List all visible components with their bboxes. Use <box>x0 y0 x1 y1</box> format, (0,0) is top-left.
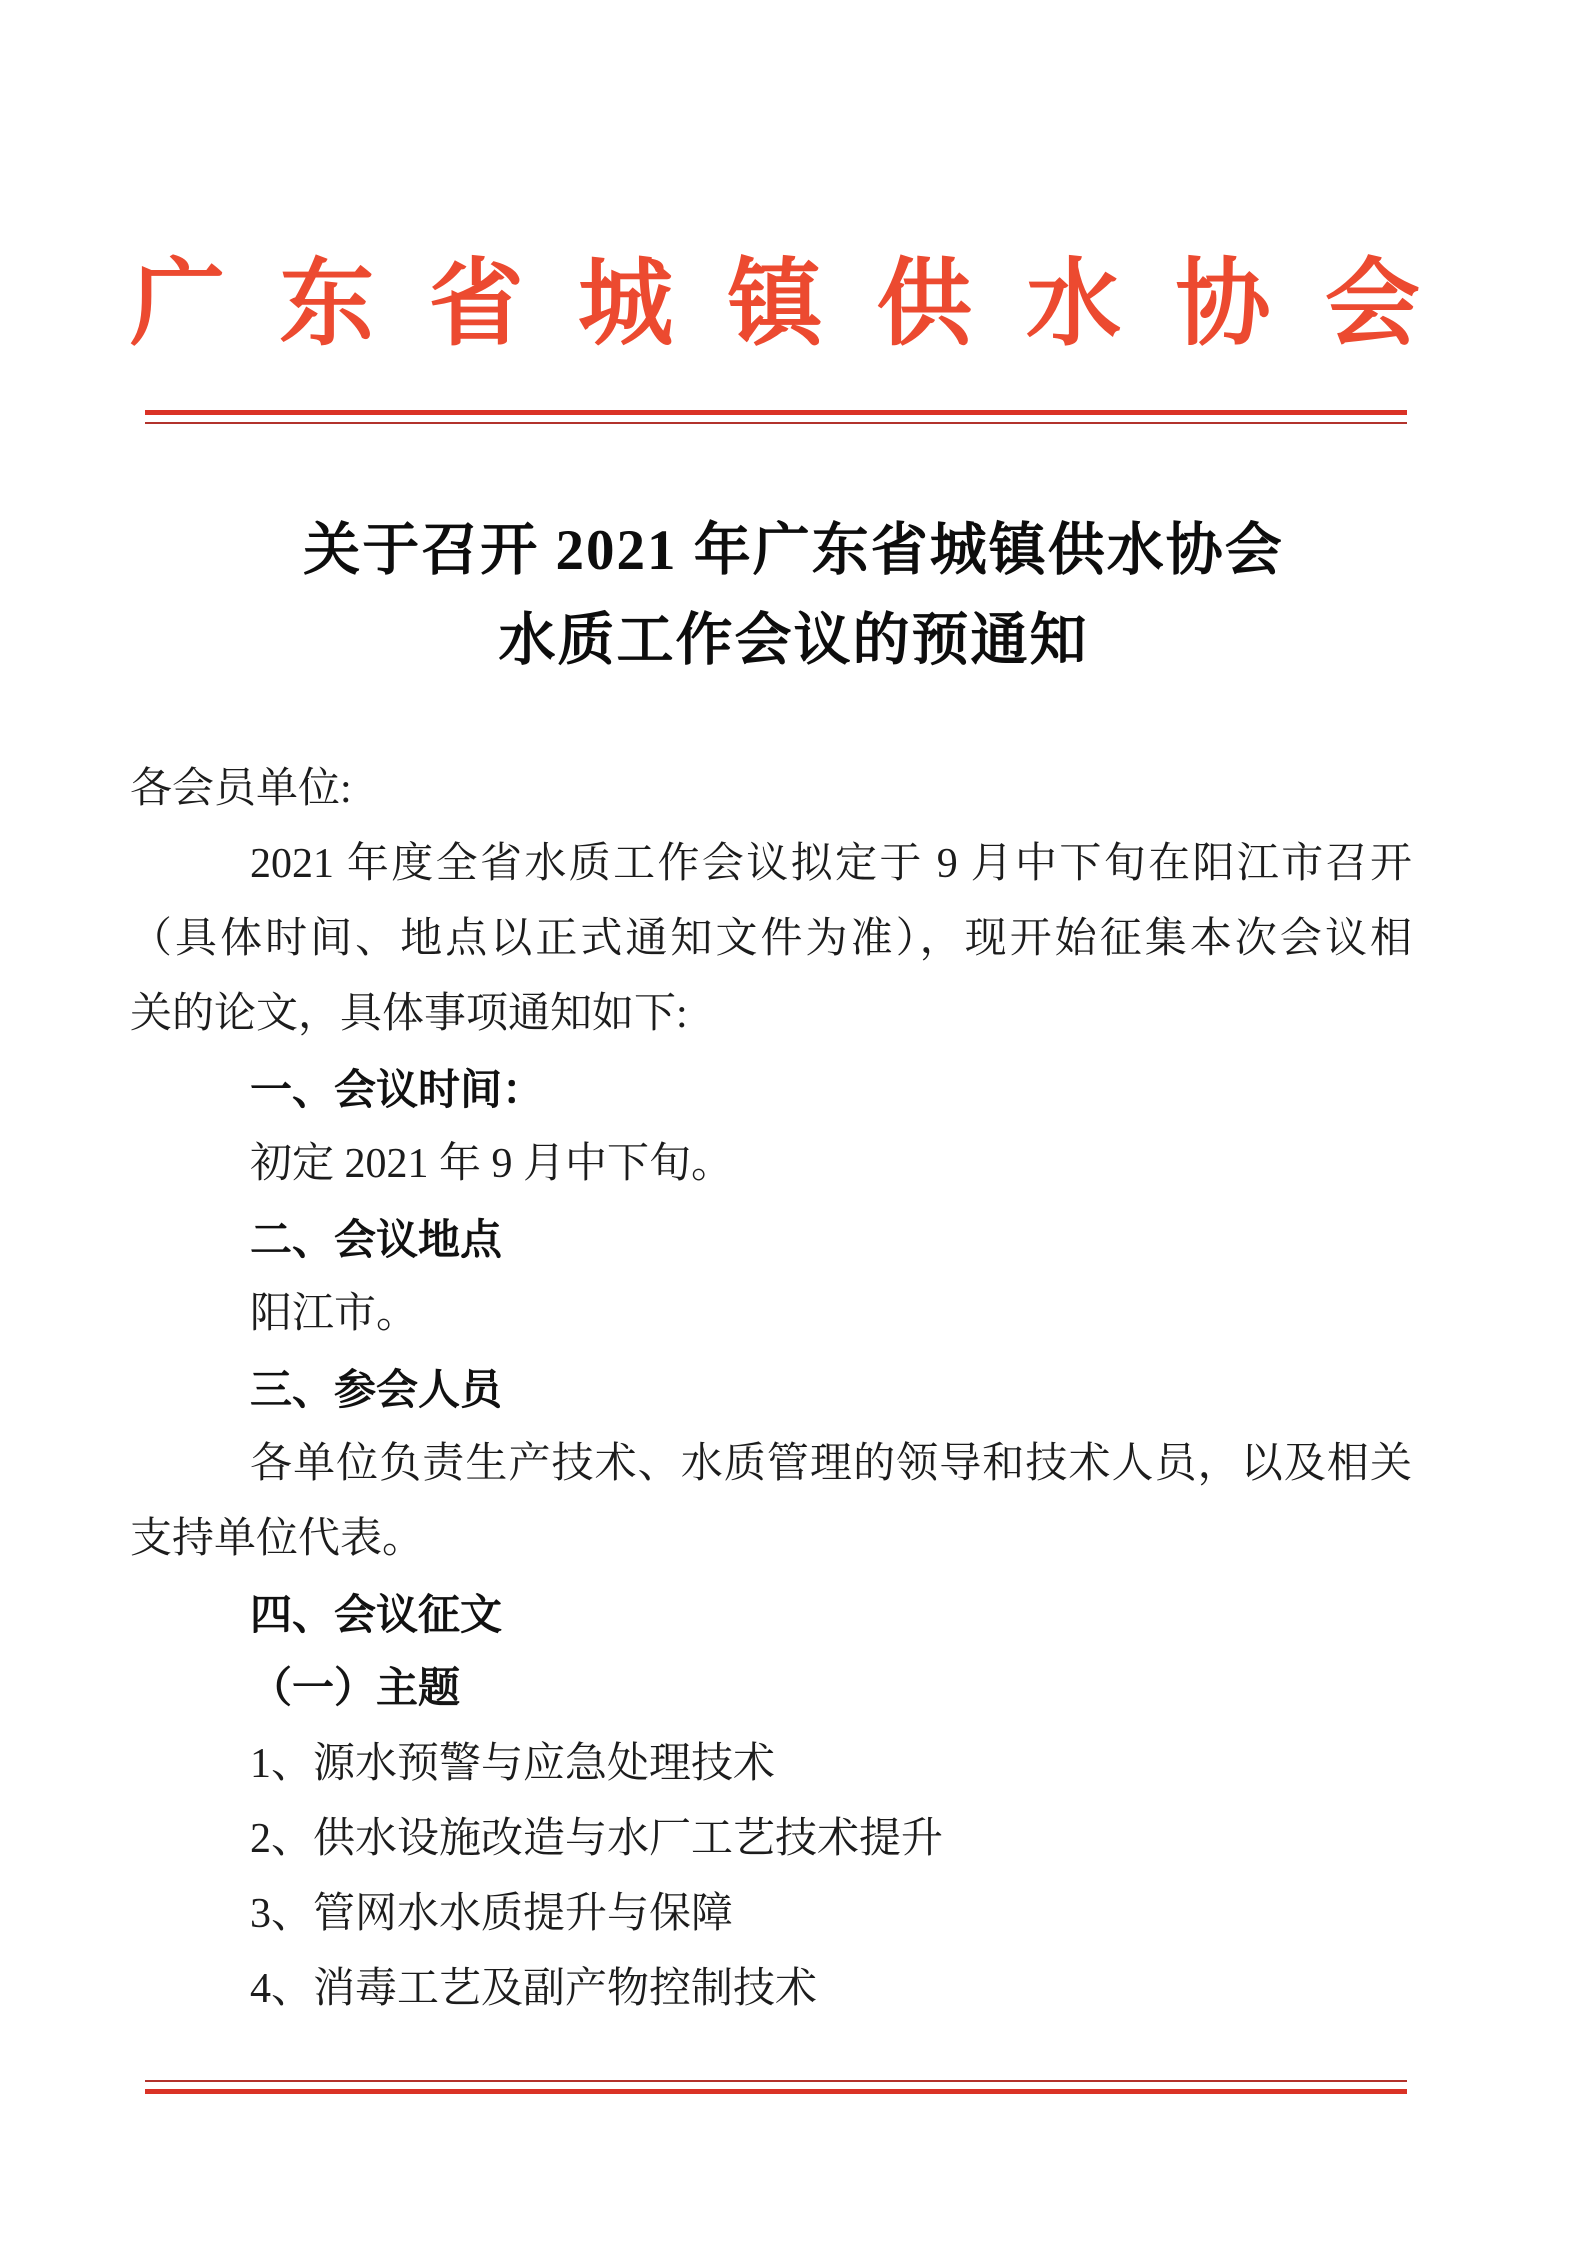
footer-double-rule <box>145 2080 1407 2094</box>
body-line: 4、消毒工艺及副产物控制技术 <box>130 1952 1412 2027</box>
header-double-rule <box>145 410 1407 424</box>
letterhead-char: 协 <box>1176 255 1271 355</box>
letterhead-org-name: 广东省城镇供水协会 <box>130 255 1420 355</box>
header-rule-gap <box>145 415 1407 422</box>
header-rule-thin <box>145 422 1407 424</box>
document-title-line1: 关于召开 2021 年广东省城镇供水协会 <box>0 506 1587 596</box>
document-title: 关于召开 2021 年广东省城镇供水协会 水质工作会议的预通知 <box>0 506 1587 686</box>
body-line: 四、会议征文 <box>130 1577 1412 1652</box>
letterhead-char: 东 <box>279 255 374 355</box>
body-line: 一、会议时间： <box>130 1052 1412 1127</box>
body-line: 1、源水预警与应急处理技术 <box>130 1727 1412 1802</box>
document-page: 广东省城镇供水协会 关于召开 2021 年广东省城镇供水协会 水质工作会议的预通… <box>0 0 1587 2244</box>
body-line: （一）主题 <box>130 1652 1412 1727</box>
body-line: （具体时间、地点以正式通知文件为准），现开始征集本次会议相 <box>130 902 1412 977</box>
letterhead-char: 水 <box>1026 255 1121 355</box>
body-line: 初定 2021 年 9 月中下旬。 <box>130 1127 1412 1202</box>
body-line: 各单位负责生产技术、水质管理的领导和技术人员，以及相关 <box>130 1427 1412 1502</box>
letterhead-char: 会 <box>1325 255 1420 355</box>
body-line: 各会员单位: <box>130 752 1412 827</box>
body-line: 3、管网水水质提升与保障 <box>130 1877 1412 1952</box>
body-line: 2、供水设施改造与水厂工艺技术提升 <box>130 1802 1412 1877</box>
body-line: 2021 年度全省水质工作会议拟定于 9 月中下旬在阳江市召开 <box>130 827 1412 902</box>
letterhead-char: 广 <box>130 255 225 355</box>
body-line: 三、参会人员 <box>130 1352 1412 1427</box>
body-line: 阳江市。 <box>130 1277 1412 1352</box>
body-line: 支持单位代表。 <box>130 1502 1412 1577</box>
letterhead-char: 省 <box>429 255 524 355</box>
body-line: 关的论文，具体事项通知如下: <box>130 977 1412 1052</box>
letterhead-char: 城 <box>578 255 673 355</box>
footer-rule-thick <box>145 2089 1407 2094</box>
footer-rule-gap <box>145 2082 1407 2089</box>
letterhead-char: 镇 <box>727 255 822 355</box>
document-title-line2: 水质工作会议的预通知 <box>0 596 1587 686</box>
document-body: 各会员单位:2021 年度全省水质工作会议拟定于 9 月中下旬在阳江市召开（具体… <box>130 752 1412 2027</box>
letterhead-char: 供 <box>877 255 972 355</box>
body-line: 二、会议地点 <box>130 1202 1412 1277</box>
